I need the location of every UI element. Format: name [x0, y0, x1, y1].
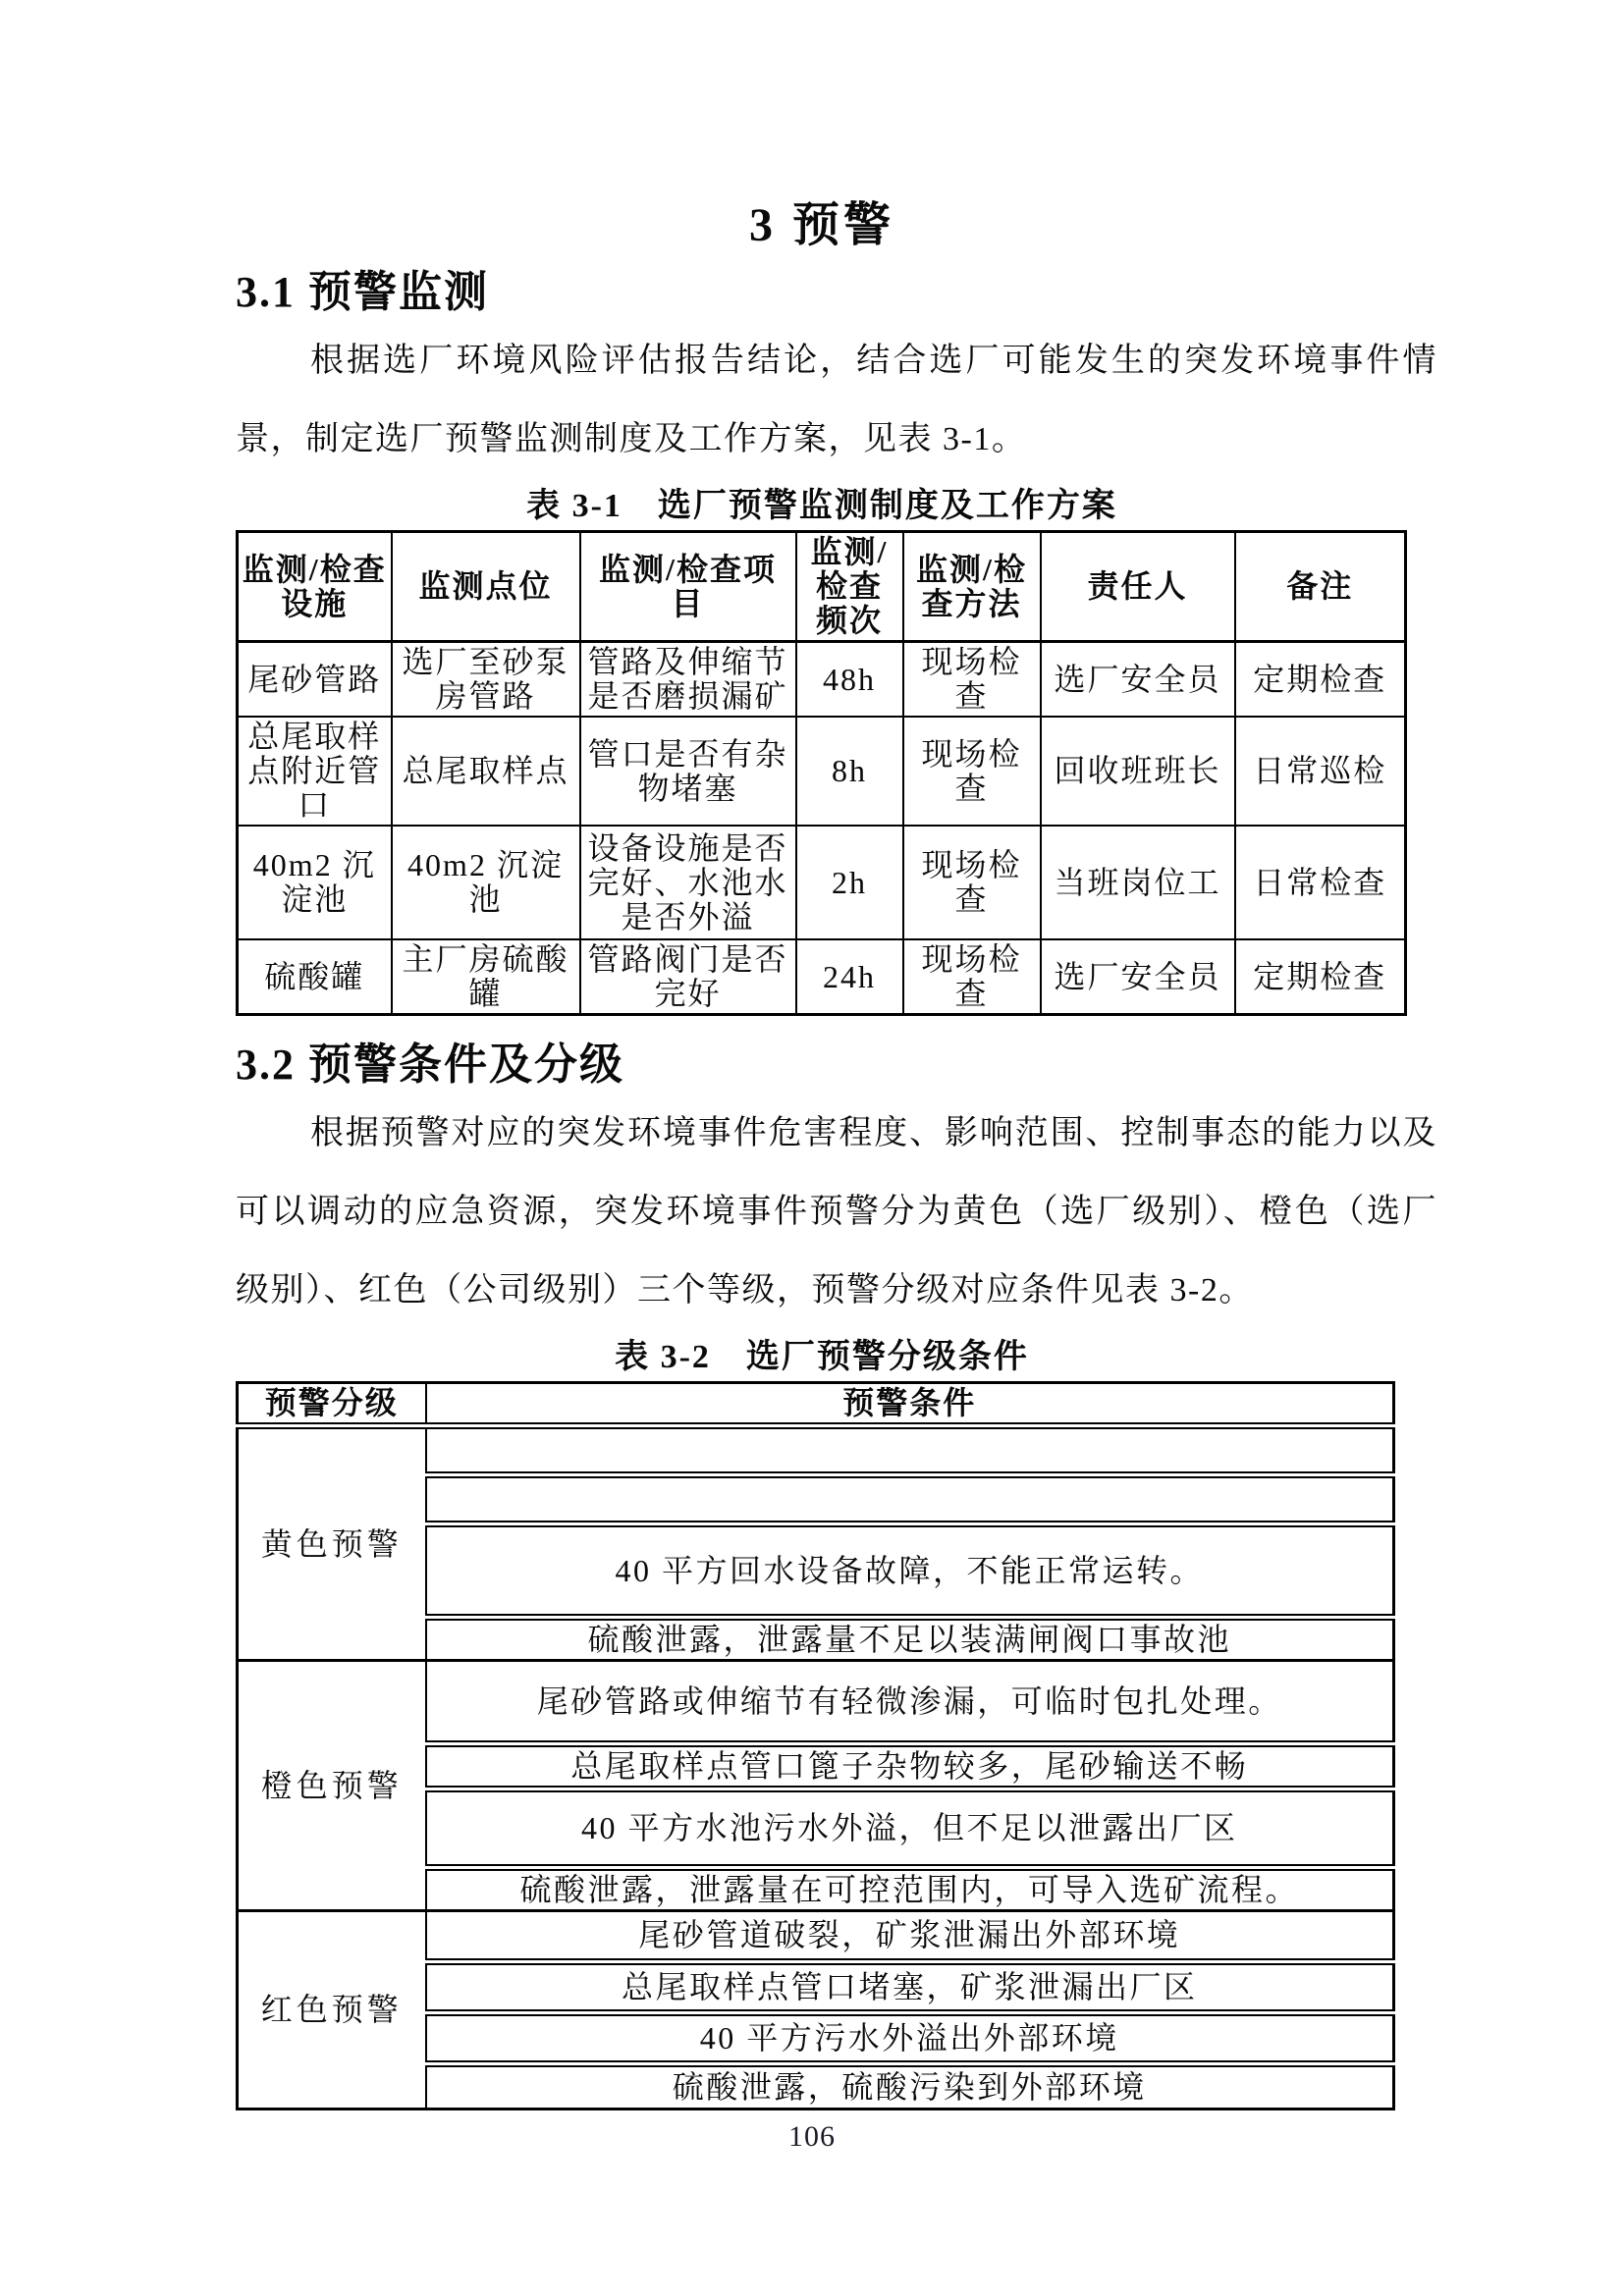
table-cell: 主厂房硫酸罐 — [392, 939, 580, 1015]
table-row: 40m2 沉淀池 40m2 沉淀池 设备设施是否完好、水池水是否外溢 2h 现场… — [238, 826, 1406, 939]
table-row: 总尾取样点附近管口 总尾取样点 管口是否有杂物堵塞 8h 现场检查 回收班班长 … — [238, 717, 1406, 826]
table-cell: 40m2 沉淀池 — [392, 826, 580, 939]
table-cell: 硫酸罐 — [238, 939, 392, 1015]
table-cell: 日常巡检 — [1235, 717, 1406, 826]
warning-condition-cell: 硫酸泄露，泄露量在可控范围内，可导入选矿流程。 — [426, 1868, 1394, 1911]
table-3-2: 预警分级 预警条件 黄色预警 40 平方回水设备故障，不能正常运转。 硫酸泄露，… — [236, 1381, 1395, 2110]
table-cell: 定期检查 — [1235, 939, 1406, 1015]
paragraph-3-1: 根据选厂环境风险评估报告结论，结合选厂可能发生的突发环境事件情景，制定选厂预警监… — [236, 322, 1437, 479]
column-header: 监测点位 — [392, 532, 580, 642]
section-heading-3-2: 3.2 预警条件及分级 — [236, 1038, 1437, 1093]
table-row: 橙色预警 尾砂管路或伸缩节有轻微渗漏，可临时包扎处理。 — [238, 1661, 1394, 1744]
column-header: 预警分级 — [238, 1383, 426, 1426]
warning-condition-cell — [426, 1426, 1394, 1475]
warning-condition-cell: 总尾取样点管口篦子杂物较多，尾砂输送不畅 — [426, 1744, 1394, 1789]
table-cell: 选厂安全员 — [1041, 642, 1235, 718]
section-heading-3-1: 3.1 预警监测 — [236, 265, 1437, 320]
table-3-1-caption: 表 3-1 选厂预警监测制度及工作方案 — [206, 487, 1437, 526]
table-cell: 现场检查 — [903, 642, 1041, 718]
table-cell: 8h — [796, 717, 903, 826]
table-cell: 现场检查 — [903, 717, 1041, 826]
table-cell: 现场检查 — [903, 826, 1041, 939]
table-cell: 现场检查 — [903, 939, 1041, 1015]
warning-condition-cell: 尾砂管道破裂，矿浆泄漏出外部环境 — [426, 1911, 1394, 1962]
paragraph-3-2: 根据预警对应的突发环境事件危害程度、影响范围、控制事态的能力以及可以调动的应急资… — [236, 1095, 1437, 1330]
column-header: 责任人 — [1041, 532, 1235, 642]
table-header-row: 预警分级 预警条件 — [238, 1383, 1394, 1426]
table-3-1: 监测/检查设施 监测点位 监测/检查项目 监测/检查频次 监测/检查方法 责任人… — [236, 530, 1407, 1016]
table-cell: 2h — [796, 826, 903, 939]
column-header: 监测/检查频次 — [796, 532, 903, 642]
warning-condition-cell: 尾砂管路或伸缩节有轻微渗漏，可临时包扎处理。 — [426, 1661, 1394, 1744]
warning-condition-cell: 40 平方回水设备故障，不能正常运转。 — [426, 1524, 1394, 1618]
table-cell: 选厂安全员 — [1041, 939, 1235, 1015]
table-cell: 设备设施是否完好、水池水是否外溢 — [580, 826, 796, 939]
table-cell: 24h — [796, 939, 903, 1015]
document-page: 3 预警 3.1 预警监测 根据选厂环境风险评估报告结论，结合选厂可能发生的突发… — [0, 0, 1624, 2296]
table-cell: 尾砂管路 — [238, 642, 392, 718]
warning-level-cell: 红色预警 — [238, 1911, 426, 2109]
table-cell: 总尾取样点附近管口 — [238, 717, 392, 826]
table-row: 硫酸罐 主厂房硫酸罐 管路阀门是否完好 24h 现场检查 选厂安全员 定期检查 — [238, 939, 1406, 1015]
table-3-2-caption: 表 3-2 选厂预警分级条件 — [206, 1338, 1437, 1377]
column-header: 预警条件 — [426, 1383, 1394, 1426]
table-cell: 回收班班长 — [1041, 717, 1235, 826]
warning-condition-cell: 硫酸泄露，硫酸污染到外部环境 — [426, 2064, 1394, 2109]
warning-condition-cell: 硫酸泄露，泄露量不足以装满闸阀口事故池 — [426, 1618, 1394, 1661]
table-row: 黄色预警 — [238, 1426, 1394, 1475]
table-cell: 40m2 沉淀池 — [238, 826, 392, 939]
warning-condition-cell — [426, 1475, 1394, 1524]
table-cell: 当班岗位工 — [1041, 826, 1235, 939]
table-cell: 48h — [796, 642, 903, 718]
table-cell: 选厂至砂泵房管路 — [392, 642, 580, 718]
warning-level-cell: 橙色预警 — [238, 1661, 426, 1911]
table-cell: 管路阀门是否完好 — [580, 939, 796, 1015]
warning-condition-cell: 总尾取样点管口堵塞，矿浆泄漏出厂区 — [426, 1962, 1394, 2013]
table-row: 红色预警 尾砂管道破裂，矿浆泄漏出外部环境 — [238, 1911, 1394, 1962]
page-title: 3 预警 — [206, 196, 1437, 255]
table-cell: 管口是否有杂物堵塞 — [580, 717, 796, 826]
page-number: 106 — [0, 2120, 1624, 2154]
table-cell: 日常检查 — [1235, 826, 1406, 939]
warning-condition-cell: 40 平方污水外溢出外部环境 — [426, 2013, 1394, 2064]
table-cell: 管路及伸缩节是否磨损漏矿 — [580, 642, 796, 718]
warning-level-cell: 黄色预警 — [238, 1426, 426, 1661]
column-header: 备注 — [1235, 532, 1406, 642]
table-header-row: 监测/检查设施 监测点位 监测/检查项目 监测/检查频次 监测/检查方法 责任人… — [238, 532, 1406, 642]
table-cell: 定期检查 — [1235, 642, 1406, 718]
warning-condition-cell: 40 平方水池污水外溢，但不足以泄露出厂区 — [426, 1789, 1394, 1868]
column-header: 监测/检查项目 — [580, 532, 796, 642]
table-cell: 总尾取样点 — [392, 717, 580, 826]
table-row: 尾砂管路 选厂至砂泵房管路 管路及伸缩节是否磨损漏矿 48h 现场检查 选厂安全… — [238, 642, 1406, 718]
column-header: 监测/检查设施 — [238, 532, 392, 642]
column-header: 监测/检查方法 — [903, 532, 1041, 642]
